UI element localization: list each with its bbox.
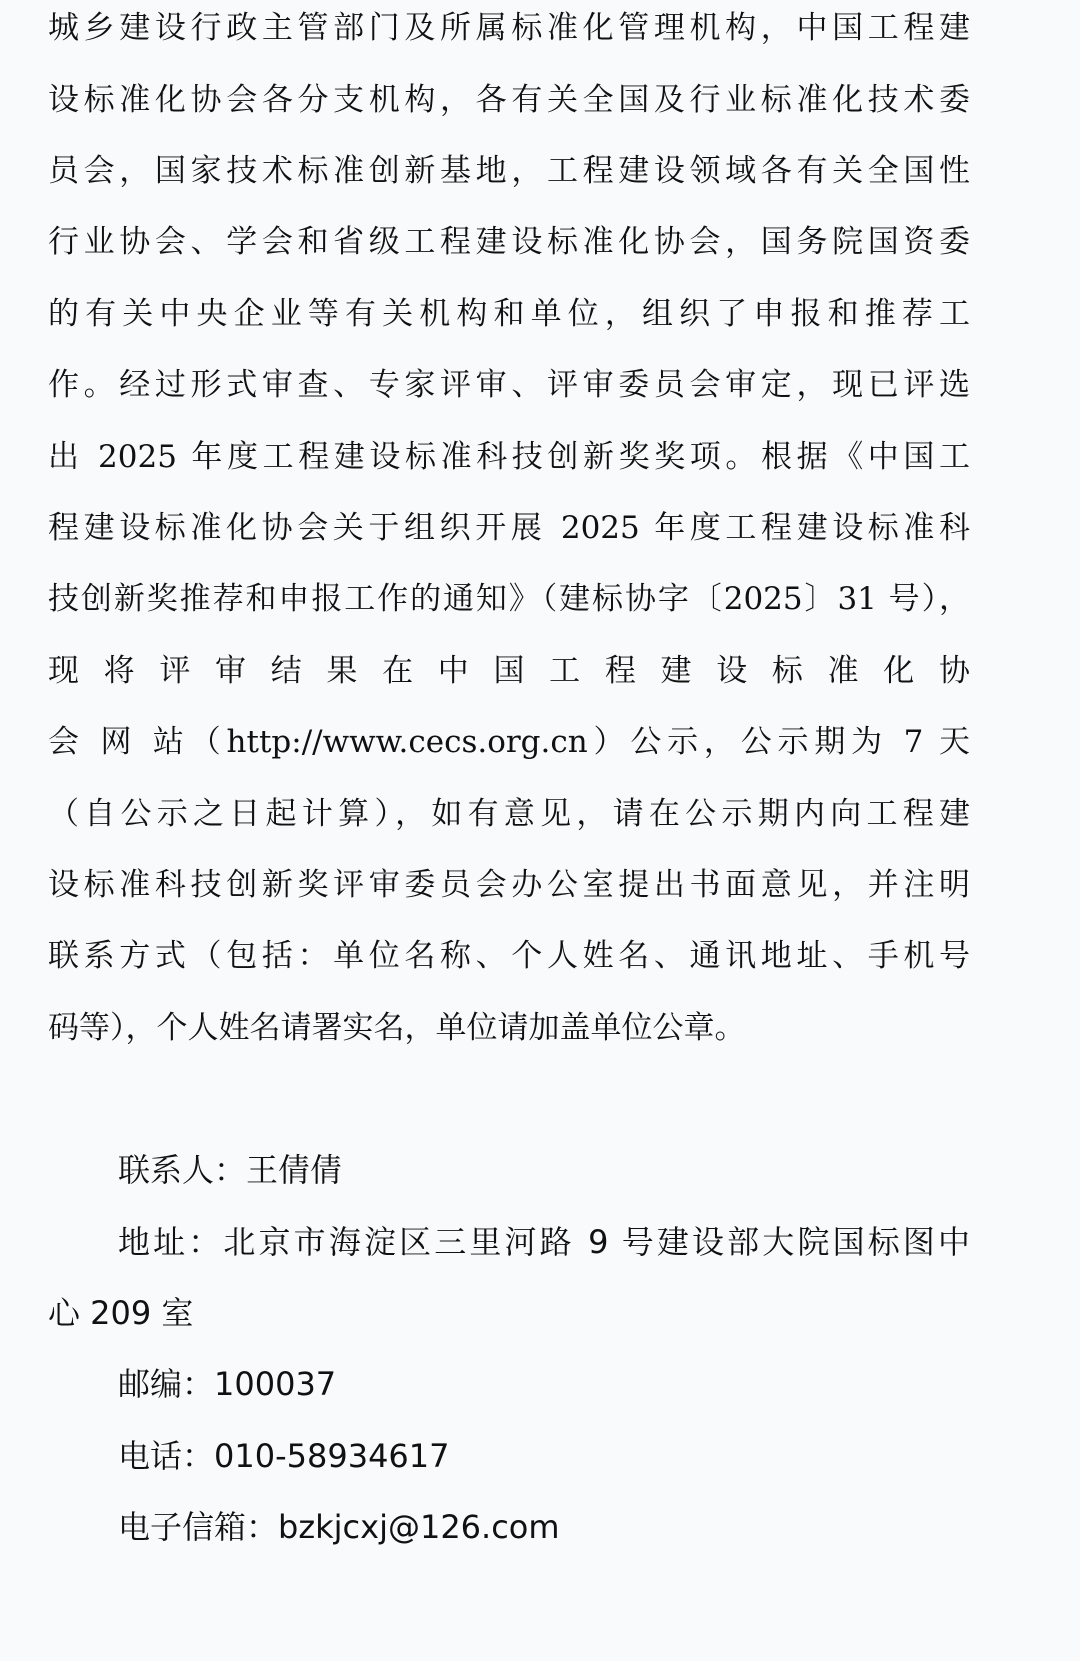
body-line: 设标准科技创新奖评审委员会办公室提出书面意见，并注明 (48, 865, 970, 905)
body-line: 城乡建设行政主管部门及所属标准化管理机构，中国工程建 (48, 8, 970, 48)
body-line: 现 将 评 审 结 果 在 中 国 工 程 建 设 标 准 化 协 (48, 651, 970, 691)
body-line: 的有关中央企业等有关机构和单位，组织了申报和推荐工 (48, 294, 970, 334)
contact-address-cont: 心 209 室 (48, 1293, 970, 1333)
body-line: 码等），个人姓名请署实名，单位请加盖单位公章。 (48, 1008, 970, 1048)
body-line: 行业协会、学会和省级工程建设标准化协会，国务院国资委 (48, 222, 970, 262)
contact-person: 联系人：王倩倩 (118, 1150, 970, 1190)
body-line: （自公示之日起计算），如有意见，请在公示期内向工程建 (48, 794, 970, 834)
body-line: 技创新奖推荐和申报工作的通知》（建标协字〔2025〕31 号）， (48, 579, 970, 619)
body-line: 出 2025 年度工程建设标准科技创新奖奖项。根据《中国工 (48, 437, 970, 477)
body-line: 联系方式（包括：单位名称、个人姓名、通讯地址、手机号 (48, 936, 970, 976)
document-page: 城乡建设行政主管部门及所属标准化管理机构，中国工程建 设标准化协会各分支机构，各… (0, 0, 1080, 1661)
body-line: 员会，国家技术标准创新基地，工程建设领域各有关全国性 (48, 151, 970, 191)
body-line: 作。经过形式审查、专家评审、评审委员会审定，现已评选 (48, 365, 970, 405)
body-line: 会 网 站（http://www.cecs.org.cn）公示，公示期为 7 天 (48, 722, 970, 762)
contact-postcode: 邮编：100037 (118, 1364, 970, 1404)
contact-phone: 电话：010-58934617 (118, 1436, 970, 1476)
contact-email: 电子信箱：bzkjcxj@126.com (118, 1507, 970, 1547)
body-line: 设标准化协会各分支机构，各有关全国及行业标准化技术委 (48, 80, 970, 120)
body-line: 程建设标准化协会关于组织开展 2025 年度工程建设标准科 (48, 508, 970, 548)
contact-address: 地址：北京市海淀区三里河路 9 号建设部大院国标图中 (118, 1222, 970, 1262)
